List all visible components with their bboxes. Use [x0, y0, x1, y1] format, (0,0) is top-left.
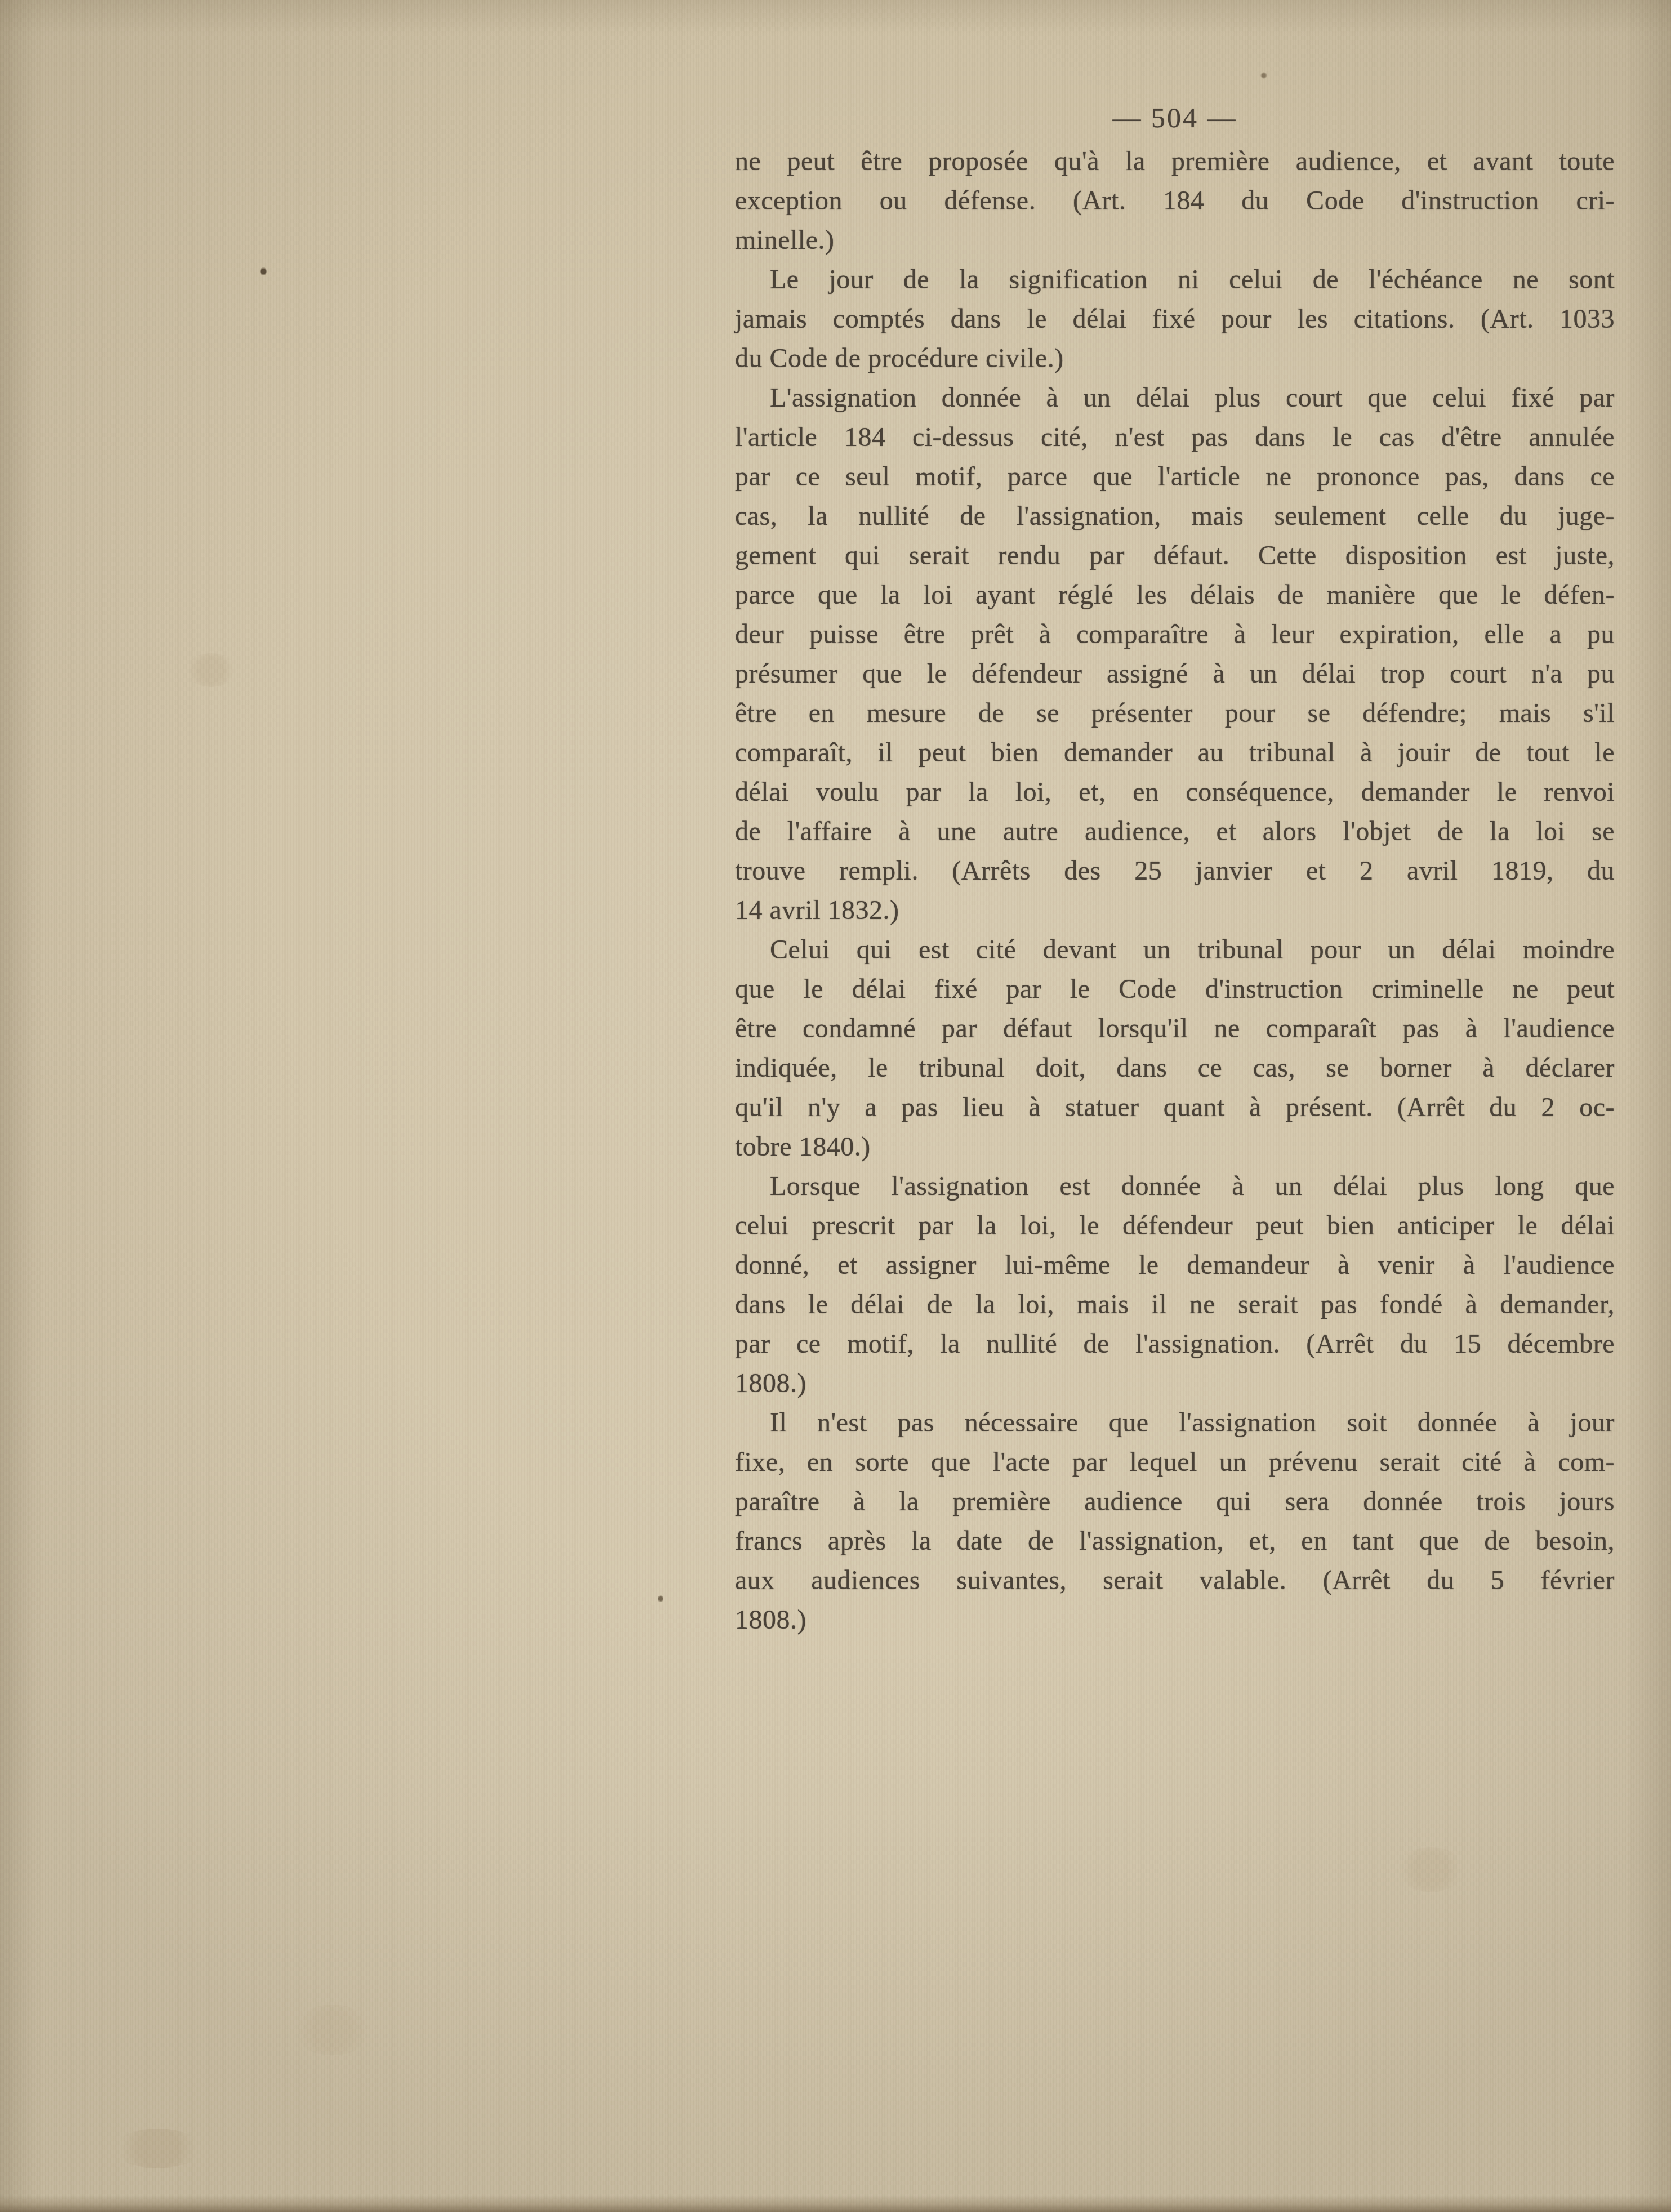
scanned-page-background: — 504 — ne peut être proposée qu'à la pr…	[0, 0, 1671, 2212]
paragraph: ne peut être proposée qu'à la première a…	[735, 142, 1615, 260]
paper-speck	[658, 1595, 663, 1603]
text-line: dans le délai de la loi, mais il ne sera…	[735, 1285, 1615, 1324]
text-line: trouve rempli. (Arrêts des 25 janvier et…	[735, 851, 1615, 891]
text-line: minelle.)	[735, 221, 1615, 260]
text-line: 14 avril 1832.)	[735, 891, 1615, 930]
paper-speck	[260, 267, 267, 276]
text-line: cas, la nullité de l'assignation, mais s…	[735, 497, 1615, 536]
paragraph: Le jour de la signification ni celui de …	[735, 260, 1615, 378]
paper-stain	[293, 2005, 372, 2055]
text-line: être en mesure de se présenter pour se d…	[735, 694, 1615, 733]
text-line: gement qui serait rendu par défaut. Cett…	[735, 536, 1615, 576]
paragraph: Lorsque l'assignation est donnée à un dé…	[735, 1167, 1615, 1403]
page-number: — 504 —	[735, 101, 1615, 134]
text-line: présumer que le défendeur assigné à un d…	[735, 654, 1615, 694]
text-line: celui prescrit par la loi, le défendeur …	[735, 1206, 1615, 1246]
text-line: fixe, en sorte que l'acte par lequel un …	[735, 1443, 1615, 1482]
paper-stain	[1397, 1847, 1464, 1892]
paper-speck	[1260, 72, 1267, 79]
scan-bottom-edge	[0, 2195, 1671, 2212]
text-line: comparaît, il peut bien demander au trib…	[735, 733, 1615, 773]
text-line: Le jour de la signification ni celui de …	[735, 260, 1615, 300]
text-line: ne peut être proposée qu'à la première a…	[735, 142, 1615, 181]
text-column: ne peut être proposée qu'à la première a…	[735, 142, 1615, 1640]
text-line: du Code de procédure civile.)	[735, 339, 1615, 378]
text-line: L'assignation donnée à un délai plus cou…	[735, 378, 1615, 418]
text-line: donné, et assigner lui-même le demandeur…	[735, 1246, 1615, 1285]
text-line: deur puisse être prêt à comparaître à le…	[735, 615, 1615, 654]
text-line: parce que la loi ayant réglé les délais …	[735, 576, 1615, 615]
text-line: francs après la date de l'assignation, e…	[735, 1522, 1615, 1561]
text-line: être condamné par défaut lorsqu'il ne co…	[735, 1009, 1615, 1049]
text-line: Il n'est pas nécessaire que l'assignatio…	[735, 1403, 1615, 1443]
text-line: délai voulu par la loi, et, en conséquen…	[735, 773, 1615, 812]
text-line: qu'il n'y a pas lieu à statuer quant à p…	[735, 1088, 1615, 1127]
text-line: 1808.)	[735, 1600, 1615, 1640]
text-line: 1808.)	[735, 1364, 1615, 1403]
text-line: l'article 184 ci-dessus cité, n'est pas …	[735, 418, 1615, 457]
paper-stain	[186, 653, 237, 687]
text-line: Celui qui est cité devant un tribunal po…	[735, 930, 1615, 970]
text-line: Lorsque l'assignation est donnée à un dé…	[735, 1167, 1615, 1206]
text-line: que le délai fixé par le Code d'instruct…	[735, 970, 1615, 1009]
text-line: par ce motif, la nullité de l'assignatio…	[735, 1324, 1615, 1364]
paragraph: L'assignation donnée à un délai plus cou…	[735, 378, 1615, 930]
text-line: indiquée, le tribunal doit, dans ce cas,…	[735, 1049, 1615, 1088]
text-line: tobre 1840.)	[735, 1127, 1615, 1167]
text-line: par ce seul motif, parce que l'article n…	[735, 457, 1615, 497]
paper-stain	[113, 2129, 203, 2168]
text-line: paraître à la première audience qui sera…	[735, 1482, 1615, 1522]
paragraph: Celui qui est cité devant un tribunal po…	[735, 930, 1615, 1167]
paragraph: Il n'est pas nécessaire que l'assignatio…	[735, 1403, 1615, 1640]
text-line: exception ou défense. (Art. 184 du Code …	[735, 181, 1615, 221]
text-line: jamais comptés dans le délai fixé pour l…	[735, 300, 1615, 339]
text-line: de l'affaire à une autre audience, et al…	[735, 812, 1615, 851]
text-line: aux audiences suivantes, serait valable.…	[735, 1561, 1615, 1600]
